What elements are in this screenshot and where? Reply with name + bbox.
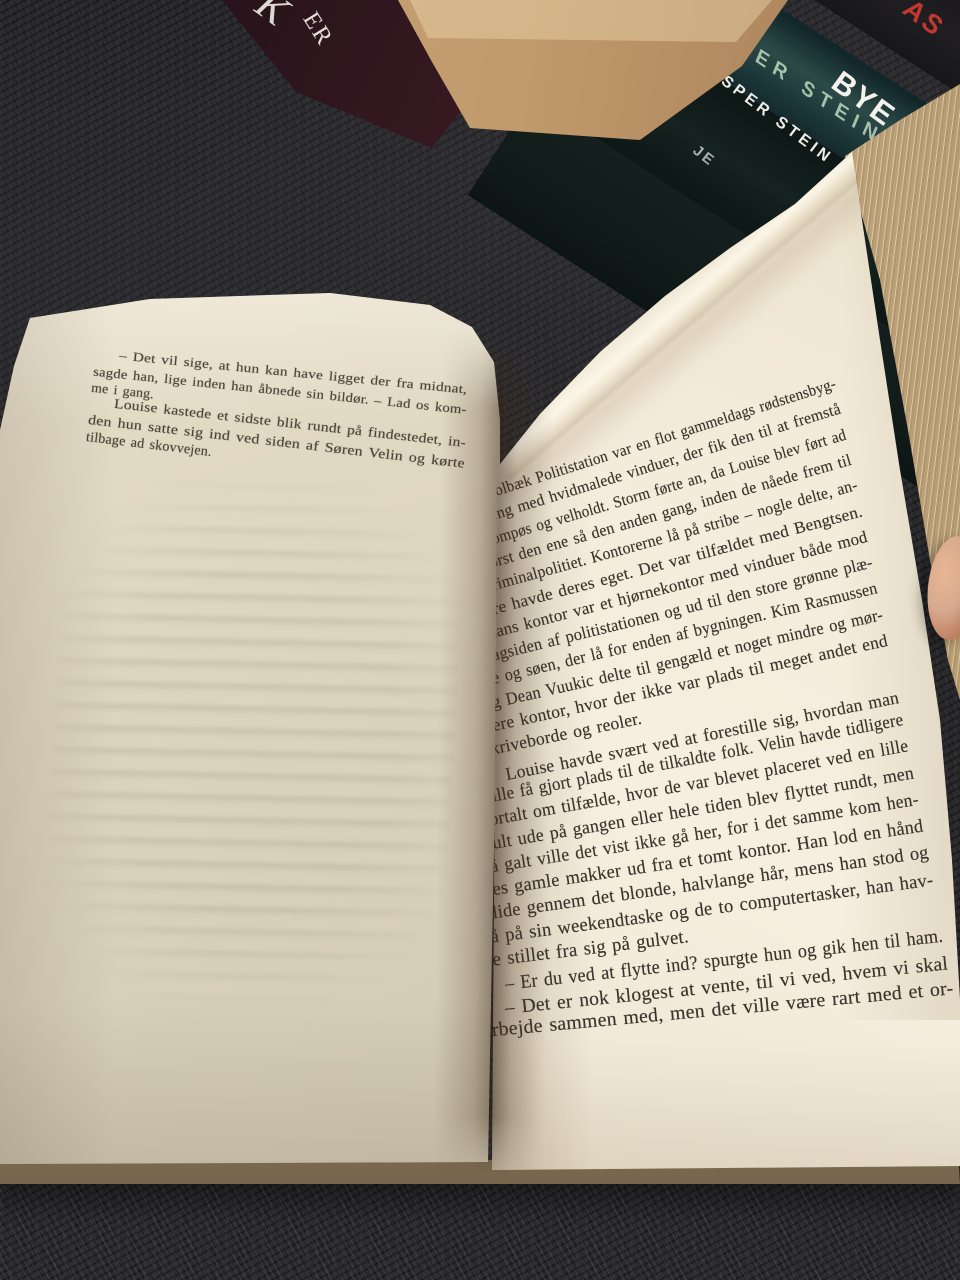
cover-letter-fragment: K (247, 0, 298, 36)
cover-letter-fragment: ER (297, 8, 338, 52)
photo-open-book-scene: AS JESPER STEIN JESPER STEIN BYE BYE JE … (0, 0, 960, 1280)
book-gutter-shadow (434, 329, 555, 1175)
